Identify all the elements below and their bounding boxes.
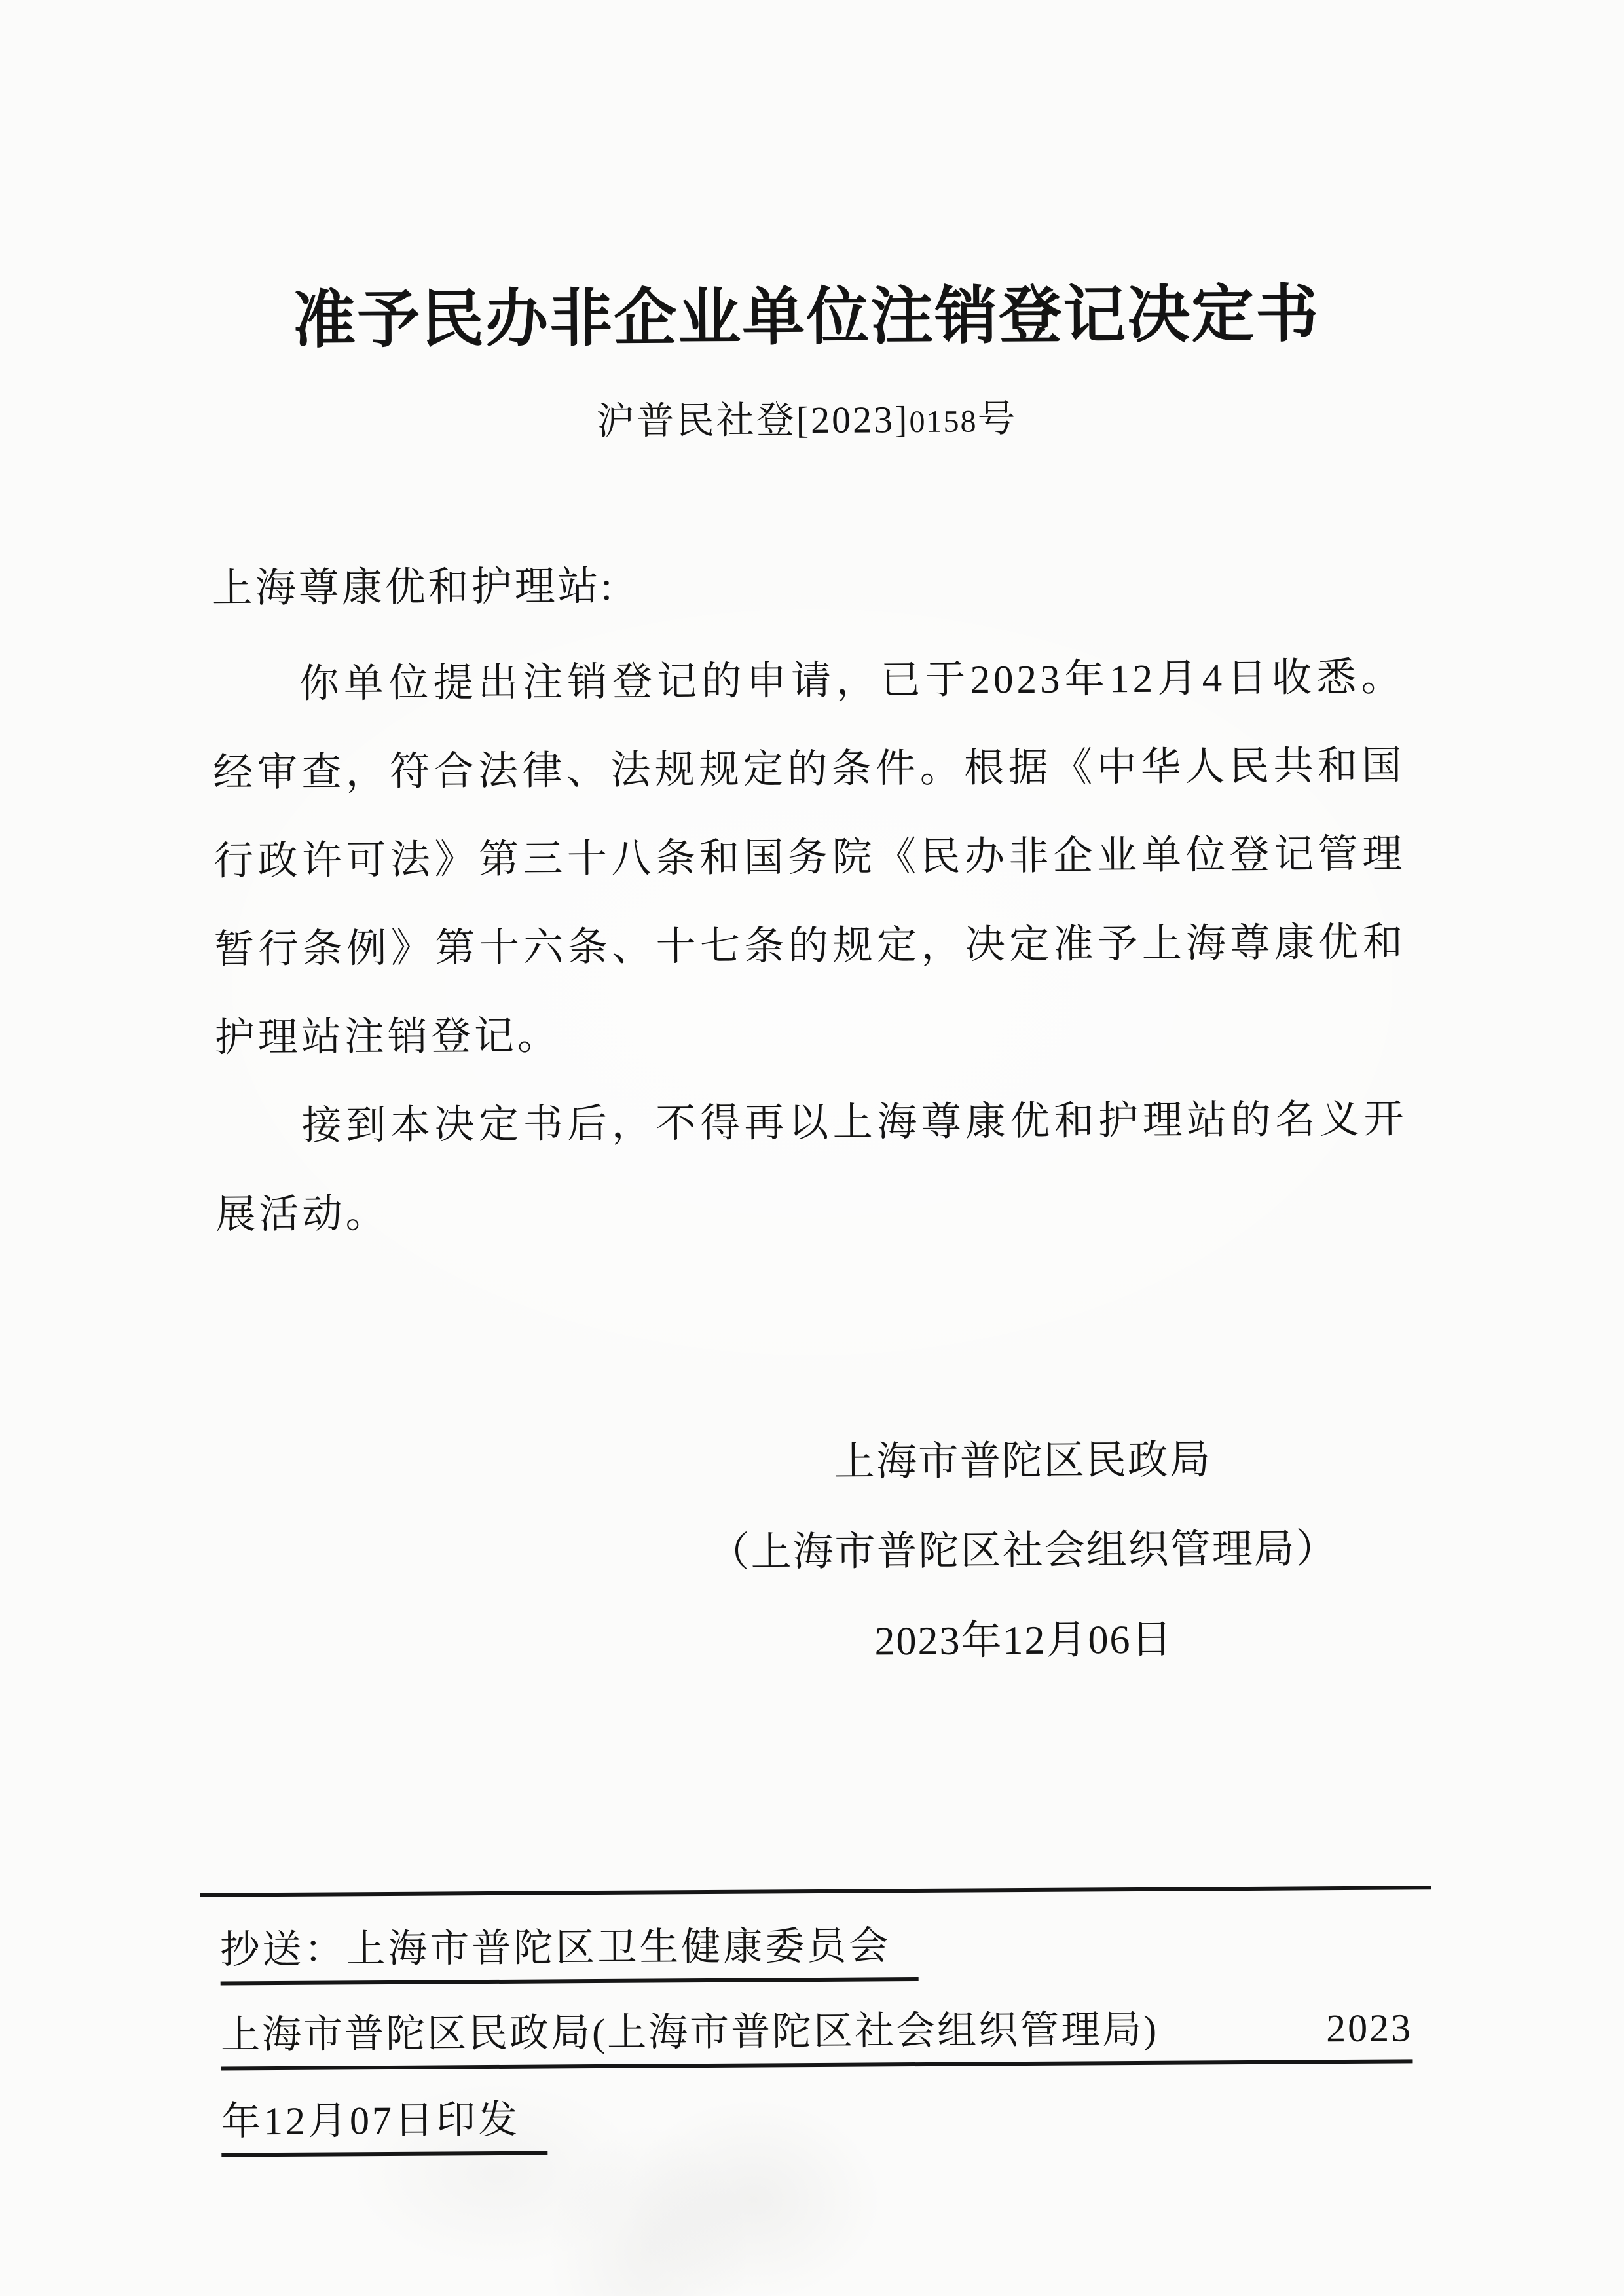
issuer-line: 上海市普陀区民政局(上海市普陀区社会组织管理局) 2023	[221, 1996, 1413, 2070]
document-number-suffix: 号	[977, 397, 1017, 440]
issue-date-text: 年12月07日印发	[221, 2088, 548, 2157]
signature-authority-alt: （上海市普陀区社会组织管理局）	[669, 1504, 1377, 1599]
document-body: 你单位提出注销登记的申请，已于2023年12月4日收悉。经审查，符合法律、法规规…	[212, 633, 1408, 1259]
document-title: 准予民办非企业单位注销登记决定书	[191, 263, 1422, 360]
document-number: 沪普民社登[2023]0158号	[191, 385, 1422, 447]
separator-line	[200, 1886, 1431, 1897]
document-number-year: [2023]	[796, 398, 910, 441]
cc-line: 抄送：上海市普陀区卫生健康委员会	[220, 1914, 919, 1986]
document-page: 准予民办非企业单位注销登记决定书 沪普民社登[2023]0158号 上海尊康优和…	[0, 0, 1624, 2296]
document-number-prefix: 沪普民社登	[597, 399, 796, 443]
document-number-serial: 0158	[909, 404, 977, 439]
issuer-text: 上海市普陀区民政局(上海市普陀区社会组织管理局)	[221, 1998, 1158, 2060]
document-content: 准予民办非企业单位注销登记决定书 沪普民社登[2023]0158号 上海尊康优和…	[0, 0, 1624, 2296]
signature-authority: 上海市普陀区民政局	[669, 1415, 1376, 1509]
issue-date-line: 年12月07日印发	[221, 2088, 548, 2157]
signature-block: 上海市普陀区民政局 （上海市普陀区社会组织管理局） 2023年12月06日	[669, 1415, 1377, 1688]
addressee: 上海尊康优和护理站:	[212, 553, 615, 614]
issue-year: 2023	[1326, 2005, 1412, 2051]
body-paragraph-1: 你单位提出注销登记的申请，已于2023年12月4日收悉。经审查，符合法律、法规规…	[212, 633, 1407, 1082]
signature-date: 2023年12月06日	[670, 1594, 1378, 1688]
body-paragraph-2: 接到本决定书后，不得再以上海尊康优和护理站的名义开展活动。	[215, 1075, 1408, 1259]
cc-text: 抄送：上海市普陀区卫生健康委员会	[220, 1914, 919, 1986]
